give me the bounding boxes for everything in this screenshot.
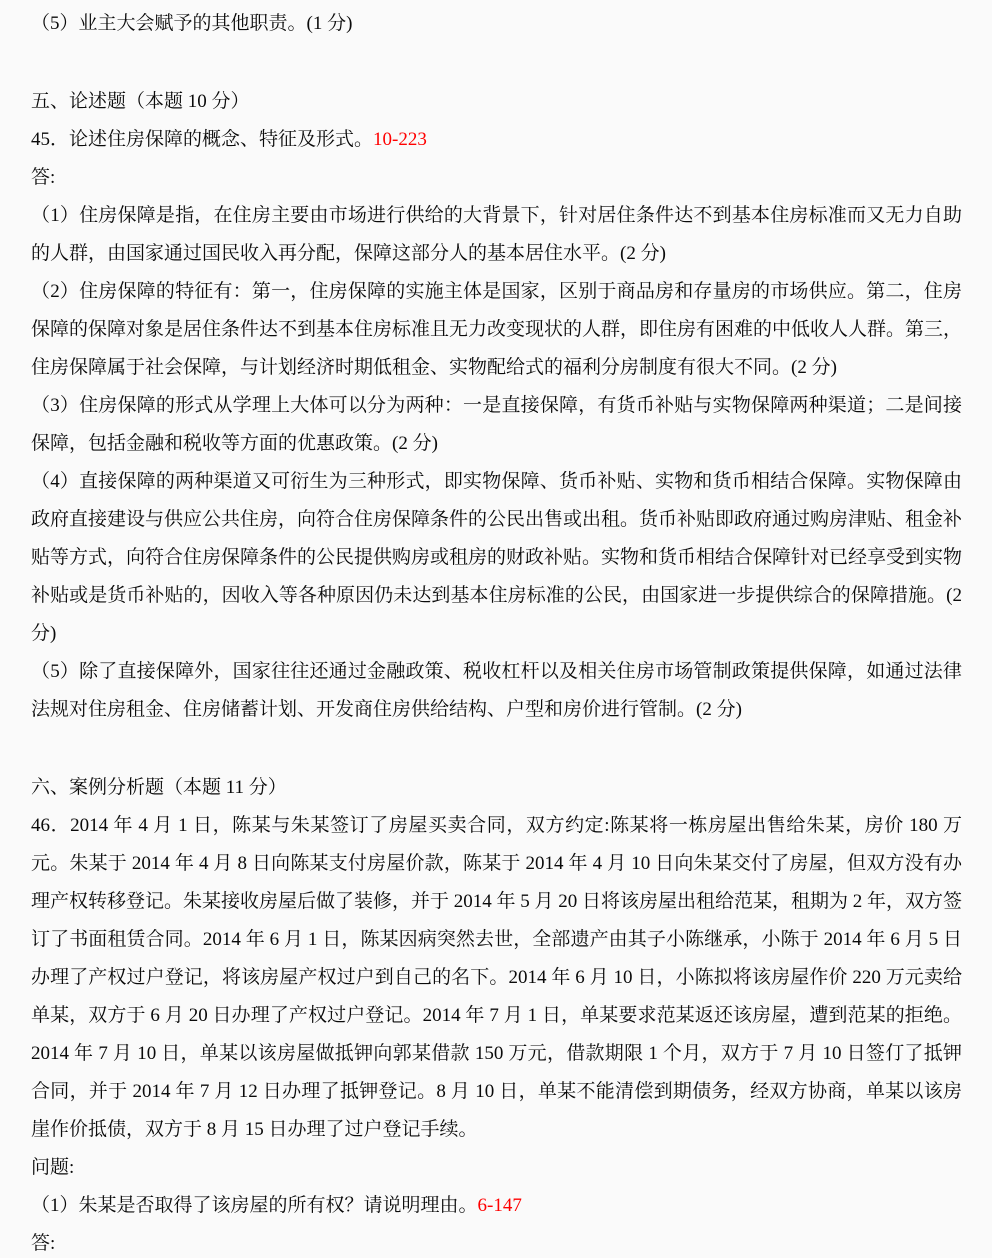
textbook-ref-case-1: 6-147 — [478, 1195, 522, 1216]
essay-answer-point-2: （2）住房保障的特征有：第一，住房保障的实施主体是国家，区别于商品房和存量房的市… — [31, 273, 962, 387]
essay-answer-point-1: （1）住房保障是指，在住房主要由市场进行供给的大背景下，针对居住条件达不到基本住… — [31, 197, 962, 273]
essay-answer-point-1-text: （1）住房保障是指，在住房主要由市场进行供给的大背景下，针对居住条件达不到基本住… — [31, 205, 962, 264]
section-heading-essay: 五、论述题（本题 10 分） — [31, 83, 962, 121]
case-question-1-text: （1）朱某是否取得了该房屋的所有权？请说明理由。 — [31, 1195, 478, 1216]
essay-answer-point-4-text: （4）直接保障的两种渠道又可衍生为三种形式，即实物保障、货币补贴、实物和货币相结… — [31, 471, 962, 644]
answer-label-45: 答: — [31, 159, 962, 197]
essay-answer-point-3: （3）住房保障的形式从学理上大体可以分为两种：一是直接保障，有货币补贴与实物保障… — [31, 387, 962, 463]
section-heading-text: 五、论述题（本题 10 分） — [31, 91, 250, 112]
section-heading-case-analysis: 六、案例分析题（本题 11 分） — [31, 769, 962, 807]
answer-label-text: 答: — [31, 1233, 55, 1254]
document-page: （5）业主大会赋予的其他职责。(1 分) 五、论述题（本题 10 分） 45．论… — [0, 0, 992, 1258]
answer-item-owners-duty: （5）业主大会赋予的其他职责。(1 分) — [31, 5, 962, 43]
textbook-ref-45: 10-223 — [373, 129, 427, 150]
essay-answer-point-4: （4）直接保障的两种渠道又可衍生为三种形式，即实物保障、货币补贴、实物和货币相结… — [31, 463, 962, 653]
essay-answer-point-5-text: （5）除了直接保障外，国家往往还通过金融政策、税收杠杆以及相关住房市场管制政策提… — [31, 661, 962, 720]
essay-answer-point-2-text: （2）住房保障的特征有：第一，住房保障的实施主体是国家，区别于商品房和存量房的市… — [31, 281, 962, 378]
questions-label-text: 问题: — [31, 1157, 74, 1178]
section-heading-text: 六、案例分析题（本题 11 分） — [31, 777, 287, 798]
answer-item-text: （5）业主大会赋予的其他职责。(1 分) — [31, 13, 352, 34]
essay-answer-point-5: （5）除了直接保障外，国家往往还通过金融政策、税收杠杆以及相关住房市场管制政策提… — [31, 653, 962, 729]
essay-answer-point-3-text: （3）住房保障的形式从学理上大体可以分为两种：一是直接保障，有货币补贴与实物保障… — [31, 395, 962, 454]
answer-label-text: 答: — [31, 167, 55, 188]
case-description-text: 46．2014 年 4 月 1 日，陈某与朱某签订了房屋买卖合同，双方约定:陈某… — [31, 815, 962, 1140]
case-description-46: 46．2014 年 4 月 1 日，陈某与朱某签订了房屋买卖合同，双方约定:陈某… — [31, 807, 962, 1149]
answer-label-46: 答: — [31, 1225, 962, 1258]
question-45: 45．论述住房保障的概念、特征及形式。10-223 — [31, 121, 962, 159]
case-question-1: （1）朱某是否取得了该房屋的所有权？请说明理由。6-147 — [31, 1187, 962, 1225]
question-45-text: 45．论述住房保障的概念、特征及形式。 — [31, 129, 373, 150]
questions-label: 问题: — [31, 1149, 962, 1187]
